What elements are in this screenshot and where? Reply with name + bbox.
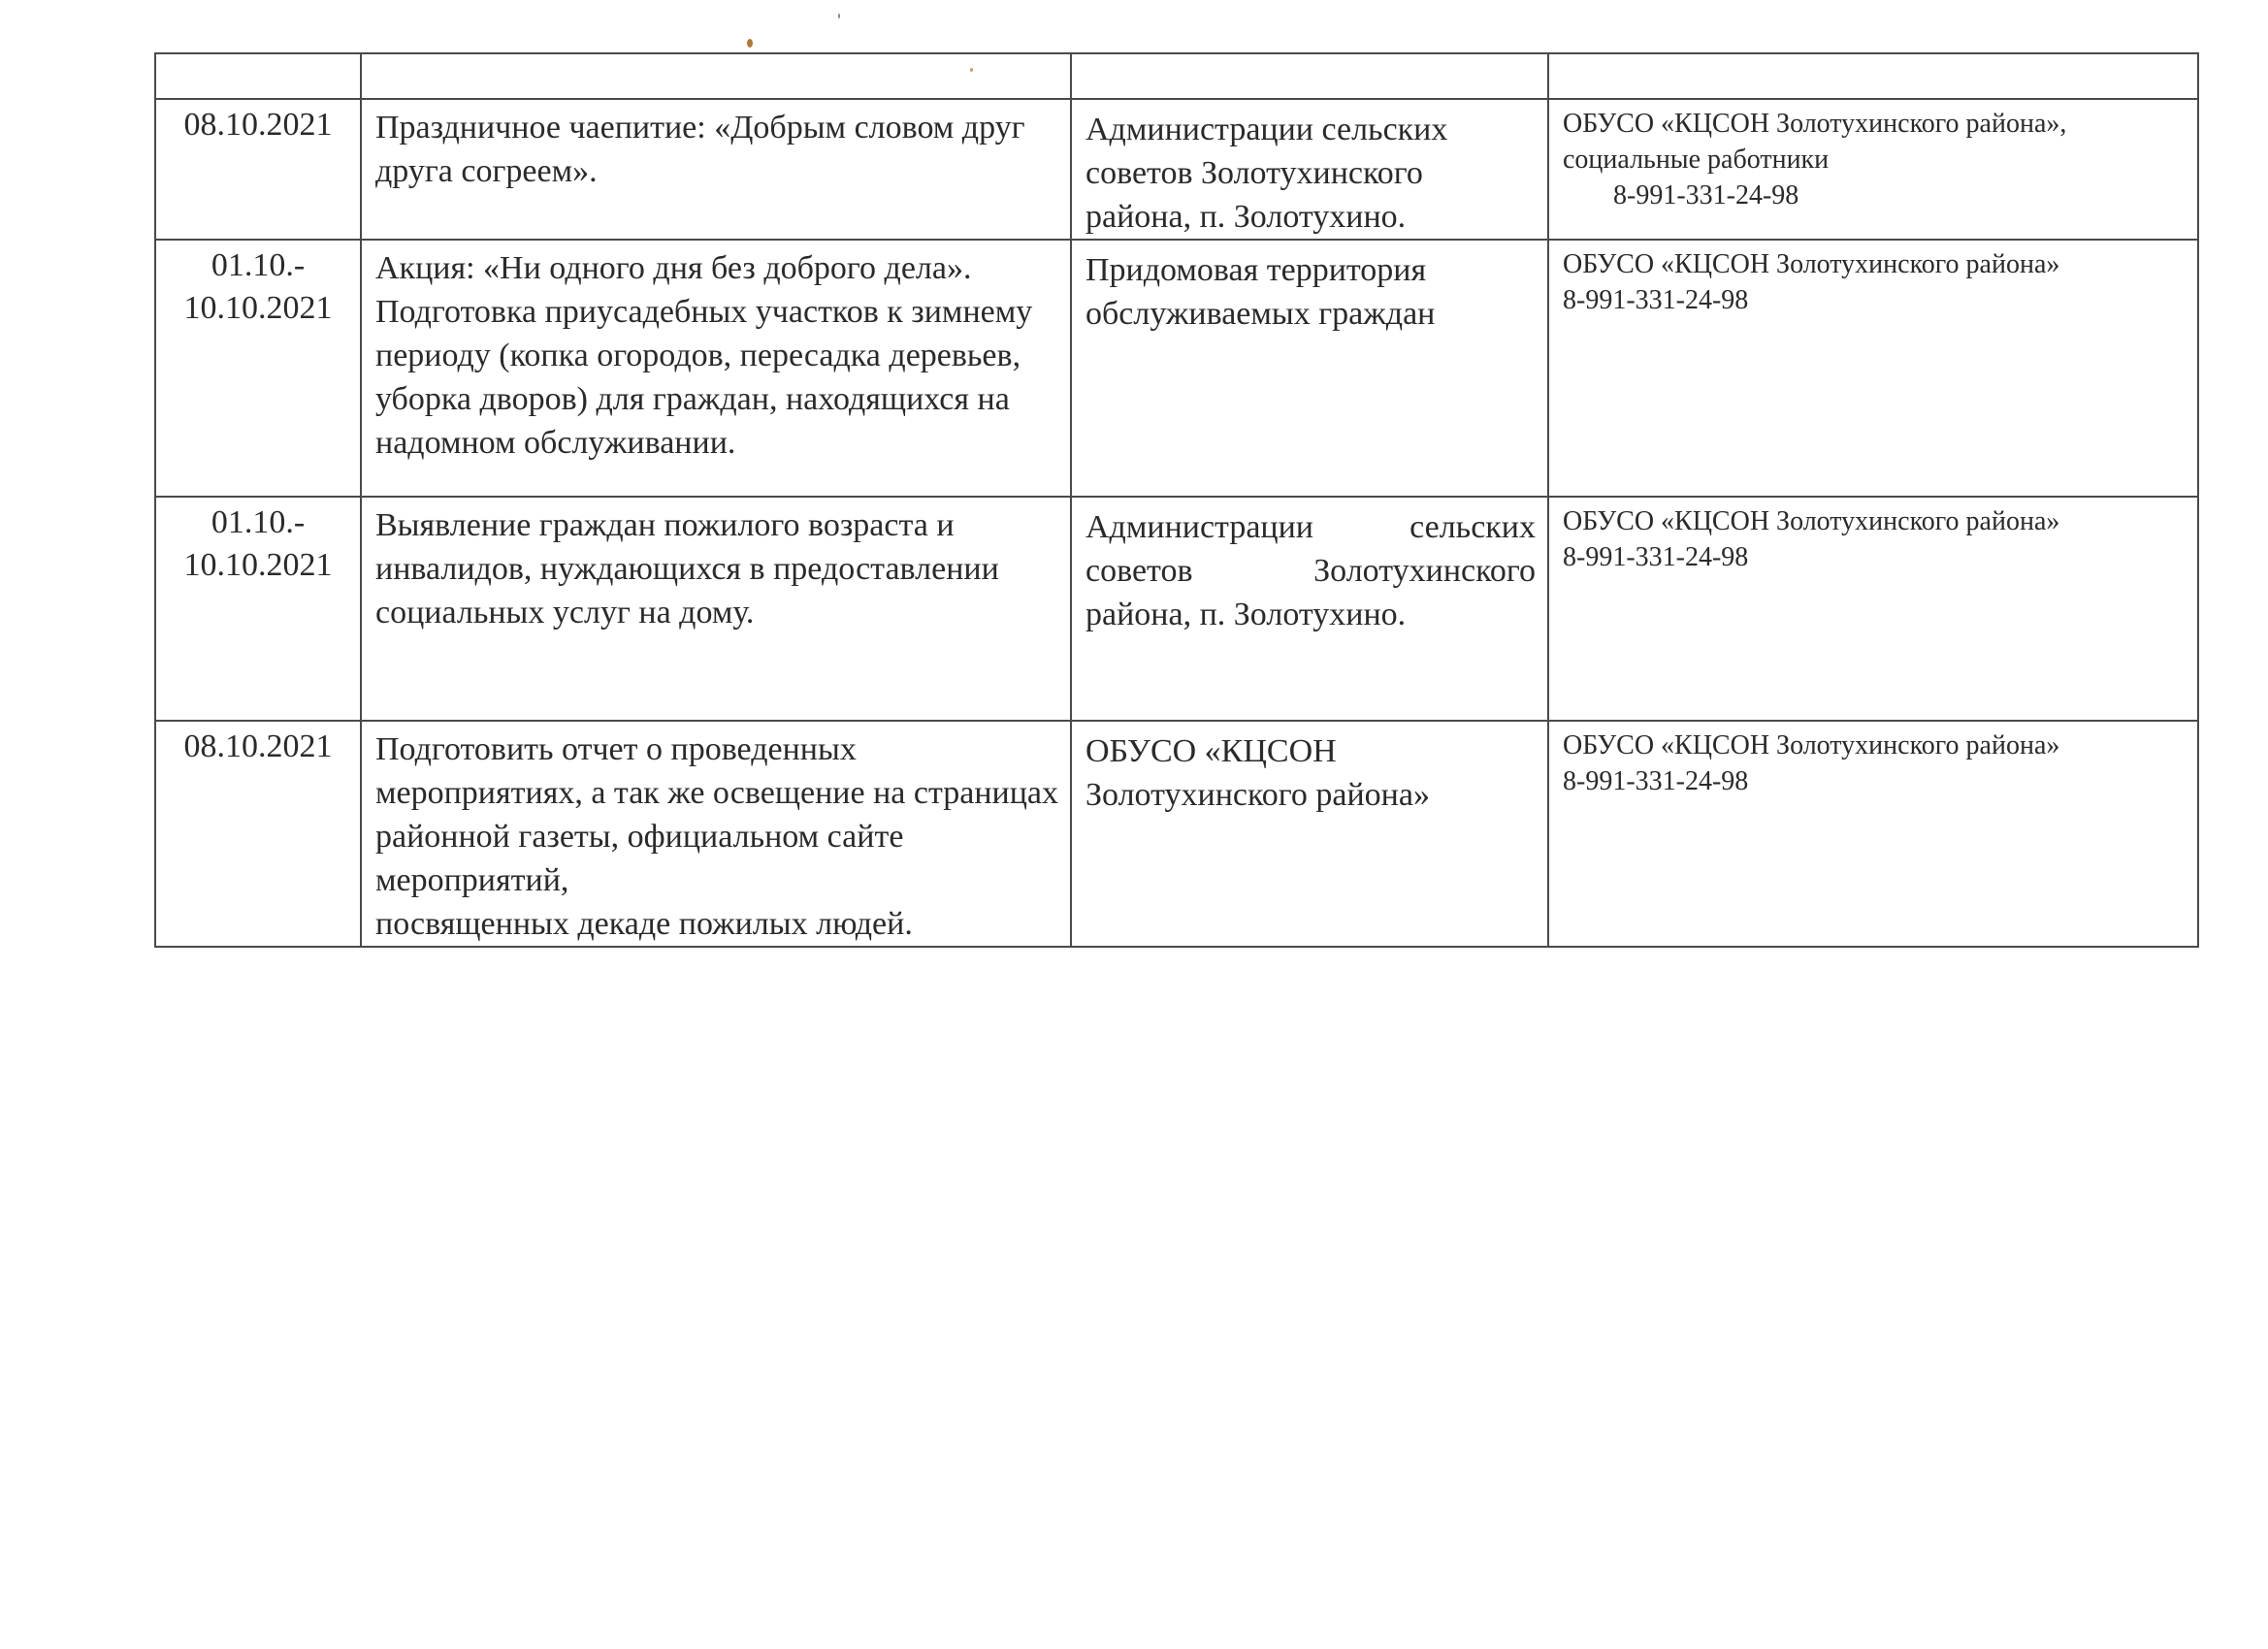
date-cell: 08.10.2021 xyxy=(155,721,361,947)
event-date: 08.10.2021 xyxy=(156,100,360,146)
responsible-org: ОБУСО «КЦСОН Золотухинского района», соц… xyxy=(1563,109,2066,175)
place-cell: ОБУСО «КЦСОН Золотухинского района» xyxy=(1071,721,1548,947)
responsible-cell: ОБУСО «КЦСОН Золотухинского района»8-991… xyxy=(1548,240,2198,497)
header-cell-place xyxy=(1071,53,1548,99)
place-cell: Администрации сельских советов Золотухин… xyxy=(1071,497,1548,721)
event-place: Придомовая территория обслуживаемых граж… xyxy=(1072,241,1547,336)
event-date: 08.10.2021 xyxy=(156,722,360,768)
responsible-cell: ОБУСО «КЦСОН Золотухинского района»8-991… xyxy=(1548,497,2198,721)
responsible-phone: 8-991-331-24-98 xyxy=(1563,178,2187,213)
responsible-phone: 8-991-331-24-98 xyxy=(1563,763,2187,799)
responsible-org: ОБУСО «КЦСОН Золотухинского района» xyxy=(1563,730,2059,760)
event-cell: Праздничное чаепитие: «Добрым словом дру… xyxy=(361,99,1071,240)
header-cell-responsible xyxy=(1548,53,2198,99)
table-row: 08.10.2021 Подготовить отчет о проведенн… xyxy=(155,721,2198,947)
event-description: Акция: «Ни одного дня без доброго дела».… xyxy=(362,241,1070,465)
event-description: Праздничное чаепитие: «Добрым словом дру… xyxy=(362,100,1070,193)
event-place: ОБУСО «КЦСОН Золотухинского района» xyxy=(1072,722,1547,817)
event-cell: Акция: «Ни одного дня без доброго дела».… xyxy=(361,240,1071,497)
header-cell-date xyxy=(155,53,361,99)
event-date: 01.10.- 10.10.2021 xyxy=(156,241,360,330)
date-cell: 01.10.- 10.10.2021 xyxy=(155,497,361,721)
date-cell: 01.10.- 10.10.2021 xyxy=(155,240,361,497)
responsible-org: ОБУСО «КЦСОН Золотухинского района» xyxy=(1563,249,2059,279)
event-date: 01.10.- 10.10.2021 xyxy=(156,498,360,587)
responsible-cell: ОБУСО «КЦСОН Золотухинского района», соц… xyxy=(1548,99,2198,240)
place-cell: Администрации сельских советов Золотухин… xyxy=(1071,99,1548,240)
event-cell: Выявление граждан пожилого возраста и ин… xyxy=(361,497,1071,721)
events-table: 08.10.2021 Праздничное чаепитие: «Добрым… xyxy=(154,52,2199,948)
responsible-phone: 8-991-331-24-98 xyxy=(1563,539,2187,575)
table-header-row xyxy=(155,53,2198,99)
scan-speck xyxy=(747,39,753,48)
table-row: 01.10.- 10.10.2021 Выявление граждан пож… xyxy=(155,497,2198,721)
responsible-phone: 8-991-331-24-98 xyxy=(1563,282,2187,318)
event-cell: Подготовить отчет о проведенных мероприя… xyxy=(361,721,1071,947)
header-cell-event xyxy=(361,53,1071,99)
event-description: Подготовить отчет о проведенных мероприя… xyxy=(362,722,1070,946)
table-row: 01.10.- 10.10.2021 Акция: «Ни одного дня… xyxy=(155,240,2198,497)
date-cell: 08.10.2021 xyxy=(155,99,361,240)
place-cell: Придомовая территория обслуживаемых граж… xyxy=(1071,240,1548,497)
event-description: Выявление граждан пожилого возраста и ин… xyxy=(362,498,1070,634)
responsible-cell: ОБУСО «КЦСОН Золотухинского района»8-991… xyxy=(1548,721,2198,947)
table-row: 08.10.2021 Праздничное чаепитие: «Добрым… xyxy=(155,99,2198,240)
event-place: Администрации сельских советов Золотухин… xyxy=(1072,100,1547,239)
responsible-org: ОБУСО «КЦСОН Золотухинского района» xyxy=(1563,506,2059,536)
scan-speck xyxy=(838,14,840,18)
event-place: Администрации сельских советов Золотухин… xyxy=(1072,498,1547,636)
